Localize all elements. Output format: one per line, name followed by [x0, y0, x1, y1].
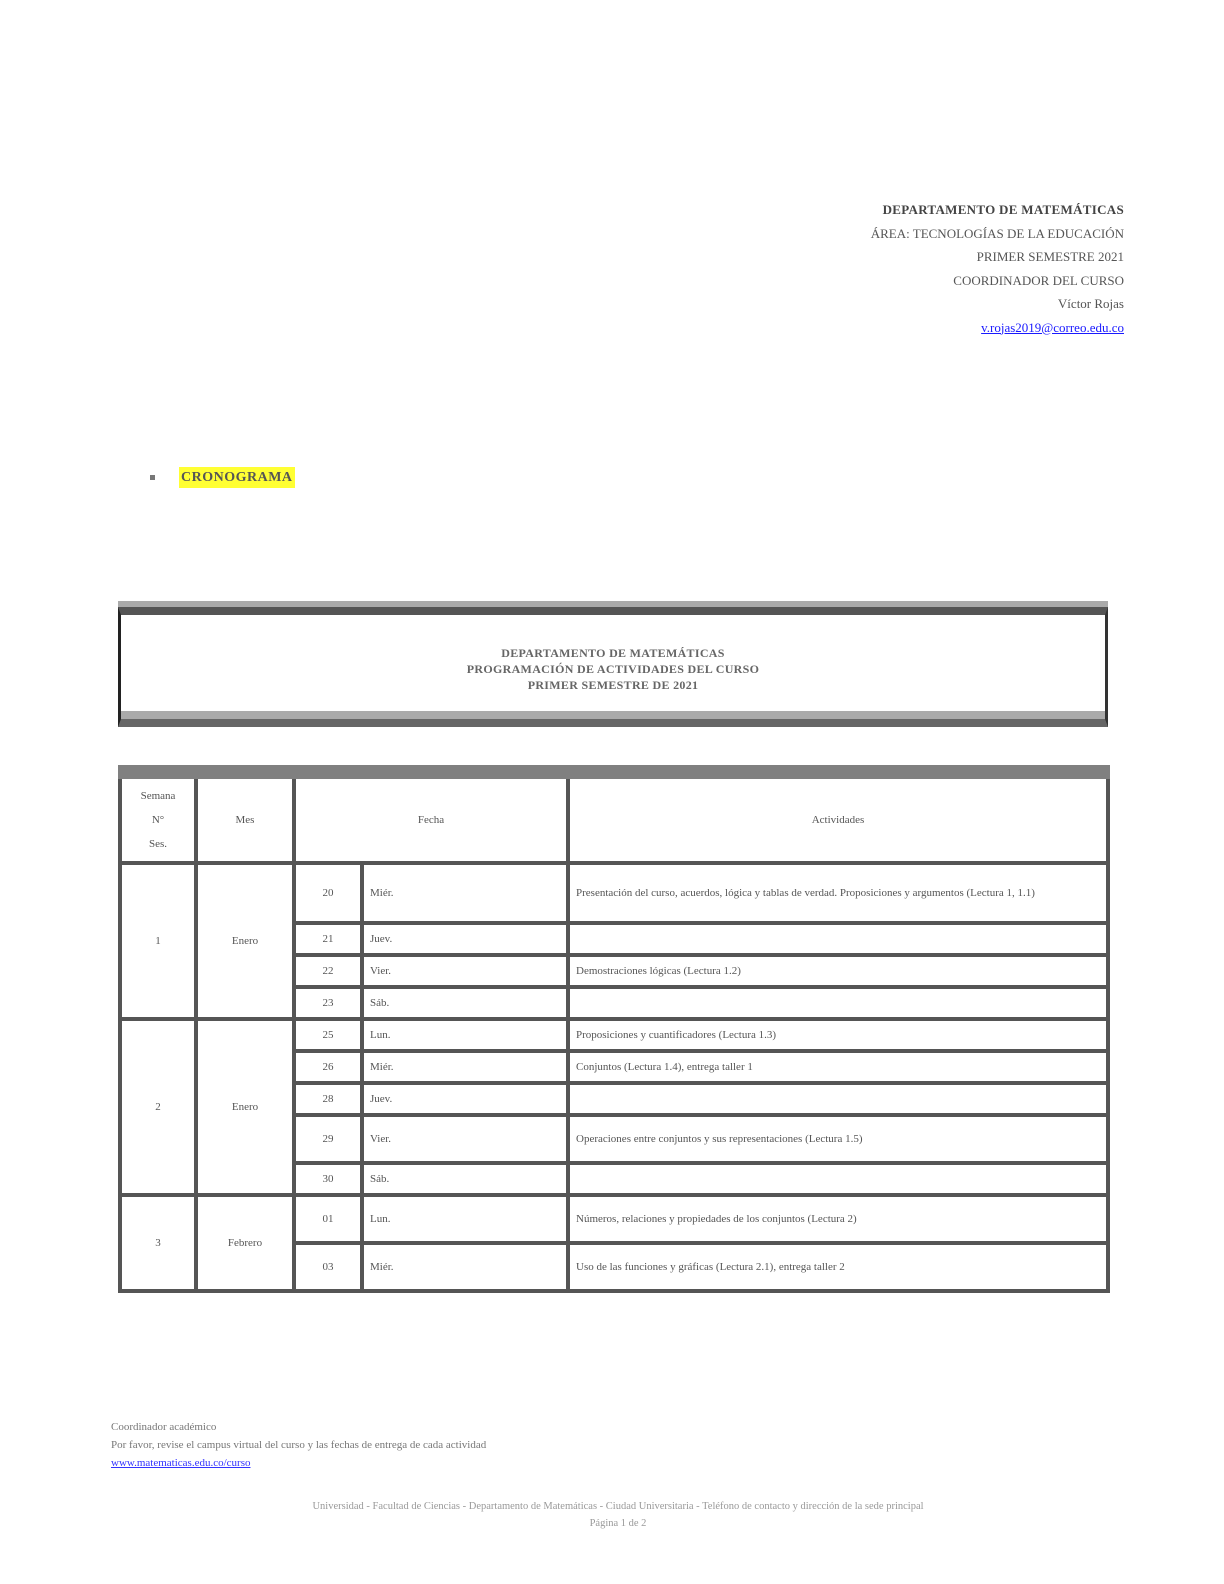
header-mes: Mes	[196, 772, 294, 863]
date-number-cell: 03	[294, 1243, 362, 1291]
weekday-cell: Sáb.	[362, 1163, 568, 1195]
weekday-cell: Lun.	[362, 1019, 568, 1051]
weekday-cell: Sáb.	[362, 987, 568, 1019]
activity-cell	[568, 1163, 1108, 1195]
coordinator-name: Víctor Rojas	[871, 292, 1124, 316]
weekday-cell: Miér.	[362, 863, 568, 923]
header-fecha: Fecha	[294, 772, 568, 863]
schedule-table: Semana N° Ses. Mes Fecha Actividades 1En…	[118, 765, 1110, 1293]
activity-cell: Conjuntos (Lectura 1.4), entrega taller …	[568, 1051, 1108, 1083]
title-line-1: DEPARTAMENTO DE MATEMÁTICAS	[121, 645, 1105, 661]
coordinator-email-link[interactable]: v.rojas2019@correo.edu.co	[981, 320, 1124, 335]
date-number-cell: 01	[294, 1195, 362, 1243]
month-cell: Enero	[196, 863, 294, 1019]
schedule-title-box: DEPARTAMENTO DE MATEMÁTICAS PROGRAMACIÓN…	[118, 607, 1108, 727]
activity-cell: Operaciones entre conjuntos y sus repres…	[568, 1115, 1108, 1163]
department-name: DEPARTAMENTO DE MATEMÁTICAS	[871, 198, 1124, 222]
weekday-cell: Vier.	[362, 955, 568, 987]
activity-cell: Presentación del curso, acuerdos, lógica…	[568, 863, 1108, 923]
page-number: Página 1 de 2	[118, 1515, 1118, 1532]
date-number-cell: 28	[294, 1083, 362, 1115]
weekday-cell: Miér.	[362, 1051, 568, 1083]
week-cell: 3	[120, 1195, 196, 1291]
weekday-cell: Lun.	[362, 1195, 568, 1243]
date-number-cell: 25	[294, 1019, 362, 1051]
date-number-cell: 23	[294, 987, 362, 1019]
table-row: 1Enero20Miér.Presentación del curso, acu…	[120, 863, 1108, 923]
activity-cell: Demostraciones lógicas (Lectura 1.2)	[568, 955, 1108, 987]
title-line-3: PRIMER SEMESTRE DE 2021	[121, 677, 1105, 693]
title-line-2: PROGRAMACIÓN DE ACTIVIDADES DEL CURSO	[121, 661, 1105, 677]
activity-cell	[568, 1083, 1108, 1115]
activity-cell: Números, relaciones y propiedades de los…	[568, 1195, 1108, 1243]
date-number-cell: 20	[294, 863, 362, 923]
footer-link[interactable]: www.matematicas.edu.co/curso	[111, 1457, 251, 1469]
activity-cell: Uso de las funciones y gráficas (Lectura…	[568, 1243, 1108, 1291]
header-semana: Semana N° Ses.	[120, 772, 196, 863]
weekday-cell: Miér.	[362, 1243, 568, 1291]
footer-line-1: Coordinador académico	[111, 1418, 486, 1436]
activity-cell	[568, 923, 1108, 955]
week-cell: 1	[120, 863, 196, 1019]
date-number-cell: 22	[294, 955, 362, 987]
date-number-cell: 26	[294, 1051, 362, 1083]
footer-line-2: Por favor, revise el campus virtual del …	[111, 1436, 486, 1454]
table-row: 2Enero25Lun.Proposiciones y cuantificado…	[120, 1019, 1108, 1051]
date-number-cell: 21	[294, 923, 362, 955]
bullet-icon	[150, 475, 155, 480]
activity-cell: Proposiciones y cuantificadores (Lectura…	[568, 1019, 1108, 1051]
date-number-cell: 30	[294, 1163, 362, 1195]
page-footer: Universidad - Facultad de Ciencias - Dep…	[118, 1498, 1118, 1532]
semester: PRIMER SEMESTRE 2021	[871, 245, 1124, 269]
header-block: DEPARTAMENTO DE MATEMÁTICAS ÁREA: TECNOL…	[871, 198, 1124, 339]
month-cell: Febrero	[196, 1195, 294, 1291]
area-name: ÁREA: TECNOLOGÍAS DE LA EDUCACIÓN	[871, 222, 1124, 246]
activity-cell	[568, 987, 1108, 1019]
month-cell: Enero	[196, 1019, 294, 1195]
section-bullet: CRONOGRAMA	[150, 470, 295, 486]
page-footer-address: Universidad - Facultad de Ciencias - Dep…	[118, 1498, 1118, 1515]
date-number-cell: 29	[294, 1115, 362, 1163]
footer-note: Coordinador académico Por favor, revise …	[111, 1418, 486, 1472]
header-actividades: Actividades	[568, 772, 1108, 863]
weekday-cell: Vier.	[362, 1115, 568, 1163]
weekday-cell: Juev.	[362, 1083, 568, 1115]
coordinator-title: COORDINADOR DEL CURSO	[871, 269, 1124, 293]
table-row: 3Febrero01Lun.Números, relaciones y prop…	[120, 1195, 1108, 1243]
section-heading: CRONOGRAMA	[179, 467, 295, 488]
weekday-cell: Juev.	[362, 923, 568, 955]
week-cell: 2	[120, 1019, 196, 1195]
